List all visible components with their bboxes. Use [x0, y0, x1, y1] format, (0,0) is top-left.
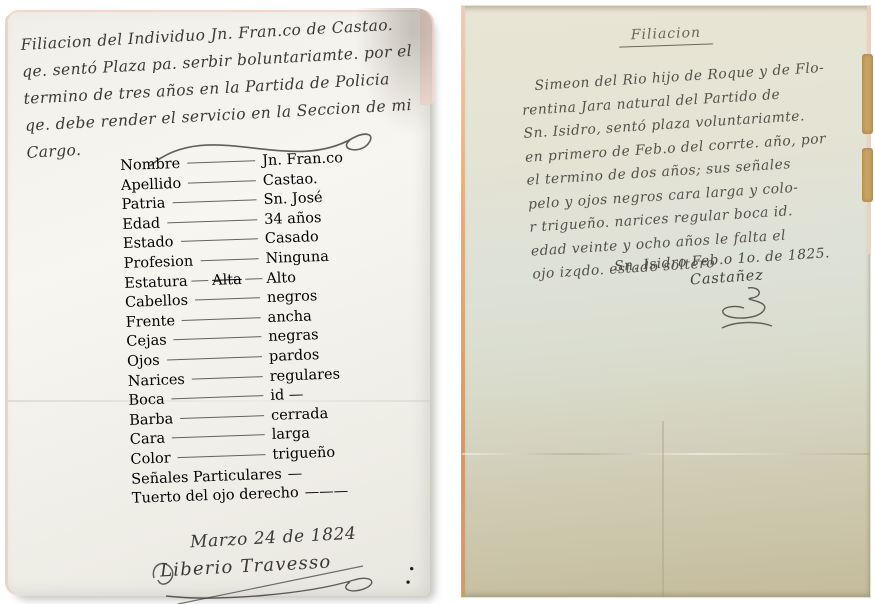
- hand-drawn-line: [167, 356, 262, 360]
- hand-drawn-line: [200, 258, 258, 261]
- field-value: Ninguna: [265, 249, 329, 267]
- paper-edge-fringe: [461, 6, 465, 597]
- field-label: Cara: [130, 431, 166, 448]
- hand-drawn-line: [192, 280, 209, 282]
- field-value: negras: [268, 328, 319, 346]
- left-page-date: Marzo 24 de 1824: [190, 524, 357, 553]
- fold-crease: [462, 453, 870, 455]
- field-value: regulares: [269, 366, 340, 384]
- hand-drawn-line: [172, 199, 256, 203]
- field-label: Boca: [128, 392, 165, 409]
- ink-dots: • •: [403, 561, 433, 594]
- hand-drawn-line: [187, 160, 255, 163]
- field-label: Nombre: [120, 156, 180, 174]
- tape-remnant: [862, 54, 873, 134]
- field-label: Cejas: [126, 333, 167, 350]
- left-page-field-list: NombreJn. Fran.coApellidoCastao.PatriaSn…: [120, 147, 434, 510]
- field-label: Narices: [128, 371, 186, 389]
- hand-drawn-line: [174, 337, 262, 341]
- field-label: Estatura: [124, 273, 188, 291]
- field-label: Cabellos: [125, 293, 189, 311]
- field-value: Alto: [266, 269, 296, 286]
- field-value: 34 años: [264, 210, 322, 228]
- field-label: Estado: [123, 235, 174, 253]
- field-label: Color: [130, 450, 171, 467]
- field-value: Castao.: [263, 171, 318, 189]
- field-label: Frente: [125, 313, 175, 331]
- left-page: Filiacion del Individuo Jn. Fran.co de C…: [8, 12, 430, 596]
- fold-crease: [662, 421, 664, 597]
- scanned-document: Filiacion del Individuo Jn. Fran.co de C…: [0, 0, 875, 604]
- field-value: pardos: [269, 347, 320, 365]
- struck-value: Alta: [212, 271, 242, 288]
- field-label: Patria: [121, 196, 165, 214]
- right-page-title: Filiacion: [619, 24, 714, 47]
- field-value: ancha: [267, 308, 312, 326]
- right-page: Filiacion Simeon del Rio hijo de Roque y…: [462, 6, 870, 597]
- hand-drawn-line: [246, 278, 263, 280]
- hand-drawn-line: [192, 376, 263, 379]
- hand-drawn-line: [188, 180, 256, 183]
- field-label: Edad: [122, 215, 160, 232]
- signature-rubric: [148, 550, 388, 604]
- field-label: Barba: [129, 411, 174, 429]
- field-label: Ojos: [127, 353, 160, 370]
- field-value: Jn. Fran.co: [262, 150, 343, 169]
- hand-drawn-line: [195, 297, 260, 300]
- field-value: negros: [267, 288, 318, 306]
- hand-drawn-line: [172, 434, 265, 438]
- field-label: Apellido: [121, 175, 182, 193]
- hand-drawn-line: [178, 454, 266, 458]
- field-value: trigueño: [272, 445, 335, 463]
- field-value: Casado: [265, 229, 319, 247]
- field-value: Sn. José: [263, 190, 323, 208]
- field-value: larga: [271, 426, 310, 443]
- field-label: Profesion: [123, 253, 193, 271]
- hand-drawn-line: [180, 239, 257, 243]
- hand-drawn-line: [172, 395, 264, 399]
- hand-drawn-line: [167, 219, 257, 223]
- field-value: id —: [270, 387, 304, 404]
- hand-drawn-line: [182, 317, 261, 321]
- hand-drawn-line: [180, 415, 264, 419]
- field-value: cerrada: [271, 406, 329, 424]
- field-value: ———: [304, 483, 348, 501]
- signature-rubric: [714, 284, 778, 334]
- field-value: —: [287, 465, 302, 481]
